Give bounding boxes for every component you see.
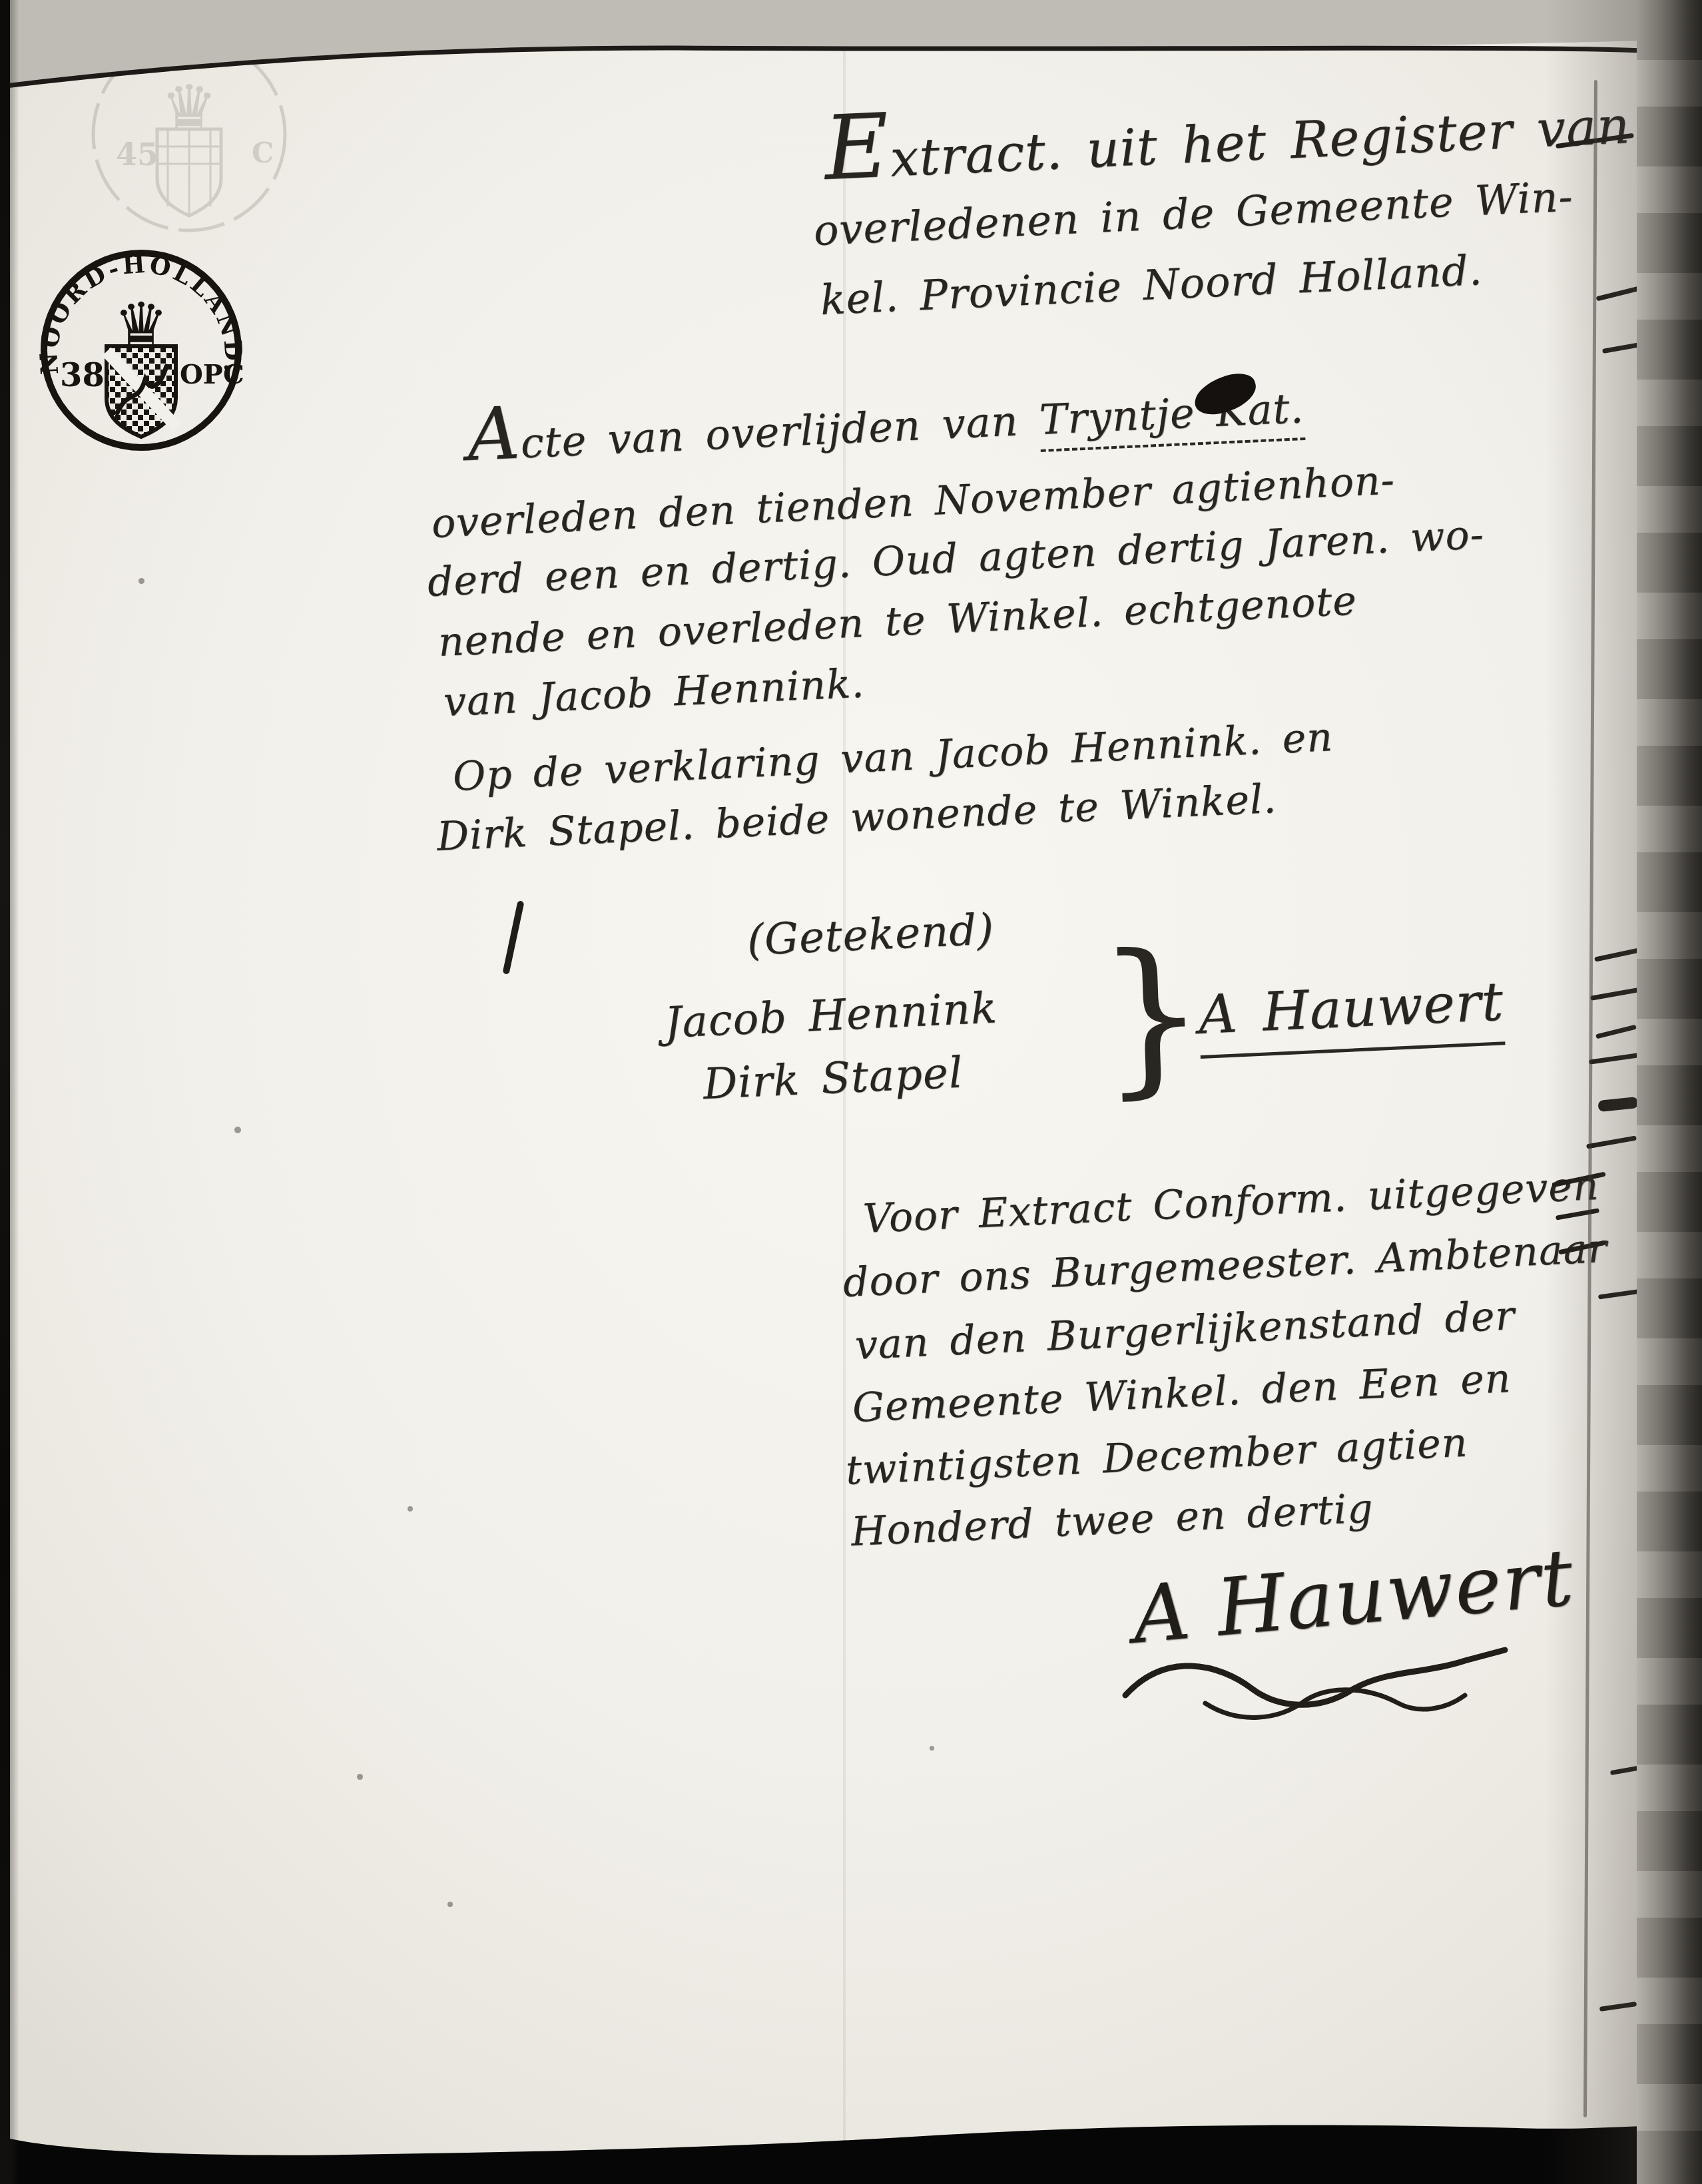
signature-flourish [1105,1631,1518,1731]
foxing-spot [408,1506,413,1511]
ink-mark [502,900,524,975]
getekend-label: (Getekend) [746,905,995,965]
left-edge [0,0,10,2184]
right-edge-texture [1637,0,1702,2184]
left-edge-shadow [10,0,19,2184]
witness-name-1: Jacob Hennink [663,983,998,1048]
attestation-line: Honderd twee en dertig [850,1485,1374,1555]
revenue-stamp: NOORD-HOLLAND. ♛ 38 OPC [36,245,246,455]
header-line: kel. Provincie Noord Holland. [819,246,1484,324]
foxing-spot [234,1127,241,1133]
acte-line: van Jacob Hennink. [442,660,865,726]
bottom-edge [0,2096,1702,2184]
foxing-spot [357,1774,363,1780]
revenue-left-value: 38 [60,357,105,394]
revenue-right-value: OPC [180,359,244,390]
attestation-line: twintigsten December agtien [844,1420,1468,1494]
attestation-line: Gemeente Winkel. den Een en [851,1355,1512,1432]
countersignature: A Hauwert [1197,970,1506,1059]
deceased-name: Tryntje Kat. [1038,384,1305,452]
foxing-spot [139,578,144,584]
top-edge [0,0,1702,153]
foxing-spot [930,1746,934,1751]
acte-line-prefix: Acte van overlijden van [467,396,1041,470]
witness-name-2: Dirk Stapel [702,1048,964,1109]
acte-line: Acte van overlijden van Tryntje Kat. [466,367,1305,470]
foxing-spot [447,1902,453,1907]
signature-brace: } [1096,930,1209,1101]
document-scan: ♛ 45 C NOORD-HOLLAND. ♛ 38 [0,0,1702,2184]
attestation-line: van den Burgerlijkenstand der [854,1292,1516,1369]
